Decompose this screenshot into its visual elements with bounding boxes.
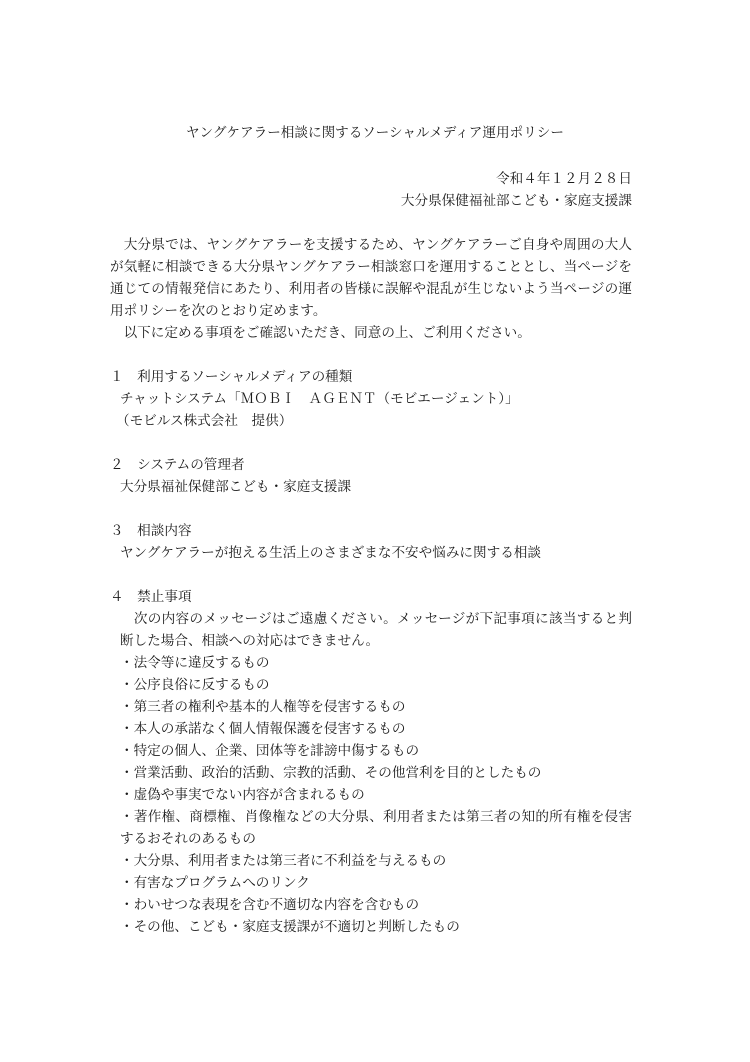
intro-line: 通じての情報発信にあたり、利用者の皆様に誤解や混乱が生じないよう当ページの運 <box>110 280 632 298</box>
section-3-line: ヤングケアラーが抱える生活上のさまざまな不安や悩みに関する相談 <box>120 544 541 562</box>
section-2-heading: ２ システムの管理者 <box>110 456 245 474</box>
prohibited-item: ・有害なプログラムへのリンク <box>120 874 310 892</box>
prohibited-item: ・特定の個人、企業、団体等を誹謗中傷するもの <box>120 742 419 760</box>
prohibited-item: ・営業活動、政治的活動、宗教的活動、その他営利を目的としたもの <box>120 764 541 782</box>
prohibited-item: ・公序良俗に反するもの <box>120 676 270 694</box>
intro-line: 用ポリシーを次のとおり定めます。 <box>110 302 326 320</box>
section-4-line: 断した場合、相談への対応はできません。 <box>120 632 379 650</box>
prohibited-item: ・法令等に違反するもの <box>120 654 270 672</box>
section-1-line: （モビルス株式会社 提供） <box>116 412 292 430</box>
section-4-line: 次の内容のメッセージはご遠慮ください。メッセージが下記事項に該当すると判 <box>120 610 632 628</box>
section-4-heading: ４ 禁止事項 <box>110 588 192 606</box>
intro-line: 大分県では、ヤングケアラーを支援するため、ヤングケアラーご自身や周囲の大人 <box>110 236 632 254</box>
section-1-heading: １ 利用するソーシャルメディアの種類 <box>110 368 352 386</box>
section-2-line: 大分県福祉保健部こども・家庭支援課 <box>120 478 351 496</box>
prohibited-item: ・その他、こども・家庭支援課が不適切と判断したもの <box>120 918 460 936</box>
document-page: ヤングケアラー相談に関するソーシャルメディア運用ポリシー 令和４年１２月２８日 … <box>0 0 750 1062</box>
prohibited-item: ・虚偽や事実でない内容が含まれるもの <box>120 786 365 804</box>
section-3-heading: ３ 相談内容 <box>110 522 192 540</box>
document-issuer: 大分県保健福祉部こども・家庭支援課 <box>401 192 632 210</box>
intro-line: が気軽に相談できる大分県ヤングケアラー相談窓口を運用することとし、当ページを <box>110 258 632 276</box>
prohibited-item: ・大分県、利用者または第三者に不利益を与えるもの <box>120 852 446 870</box>
document-date: 令和４年１２月２８日 <box>496 170 632 188</box>
prohibited-item-continuation: するおそれのあるもの <box>120 830 256 848</box>
intro-line: 以下に定める事項をご確認いただき、同意の上、ご利用ください。 <box>110 324 531 342</box>
prohibited-item: ・わいせつな表現を含む不適切な内容を含むもの <box>120 896 419 914</box>
document-title: ヤングケアラー相談に関するソーシャルメディア運用ポリシー <box>0 124 750 142</box>
prohibited-item: ・本人の承諾なく個人情報保護を侵害するもの <box>120 720 405 738</box>
prohibited-item: ・著作権、商標権、肖像権などの大分県、利用者または第三者の知的所有権を侵害 <box>120 808 632 826</box>
section-1-line: チャットシステム「ＭＯＢＩ ＡＧＥＮＴ（モビエージェント）」 <box>120 390 519 408</box>
prohibited-item: ・第三者の権利や基本的人権等を侵害するもの <box>120 698 405 716</box>
